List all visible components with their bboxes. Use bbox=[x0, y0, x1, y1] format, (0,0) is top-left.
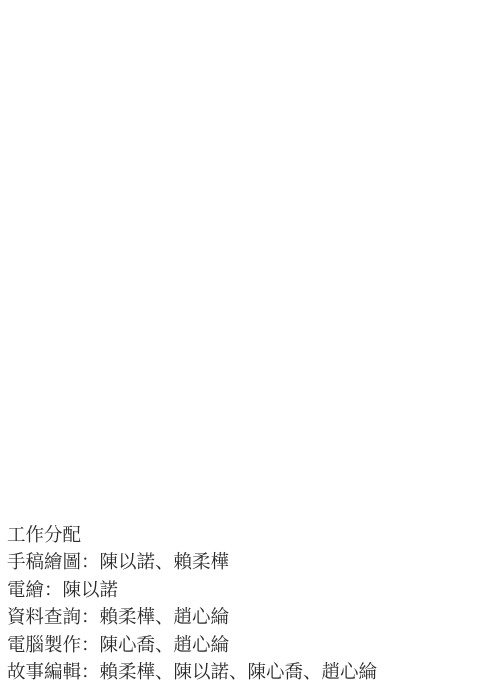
assignment-line-computer-production: 電腦製作：陳心喬、趙心綸 bbox=[7, 632, 477, 659]
assignment-line-research: 資料查詢：賴柔樺、趙心綸 bbox=[7, 604, 477, 631]
assignment-line-digital-drawing: 電繪：陳以諾 bbox=[7, 577, 477, 604]
assignment-line-story-editing: 故事編輯：賴柔樺、陳以諾、陳心喬、趙心綸 bbox=[7, 659, 477, 686]
section-heading: 工作分配 bbox=[7, 522, 477, 549]
blank-page-area bbox=[0, 0, 485, 522]
assignment-line-hand-drawing: 手稿繪圖：陳以諾、賴柔樺 bbox=[7, 549, 477, 576]
work-allocation-section: 工作分配 手稿繪圖：陳以諾、賴柔樺 電繪：陳以諾 資料查詢：賴柔樺、趙心綸 電腦… bbox=[7, 522, 477, 686]
